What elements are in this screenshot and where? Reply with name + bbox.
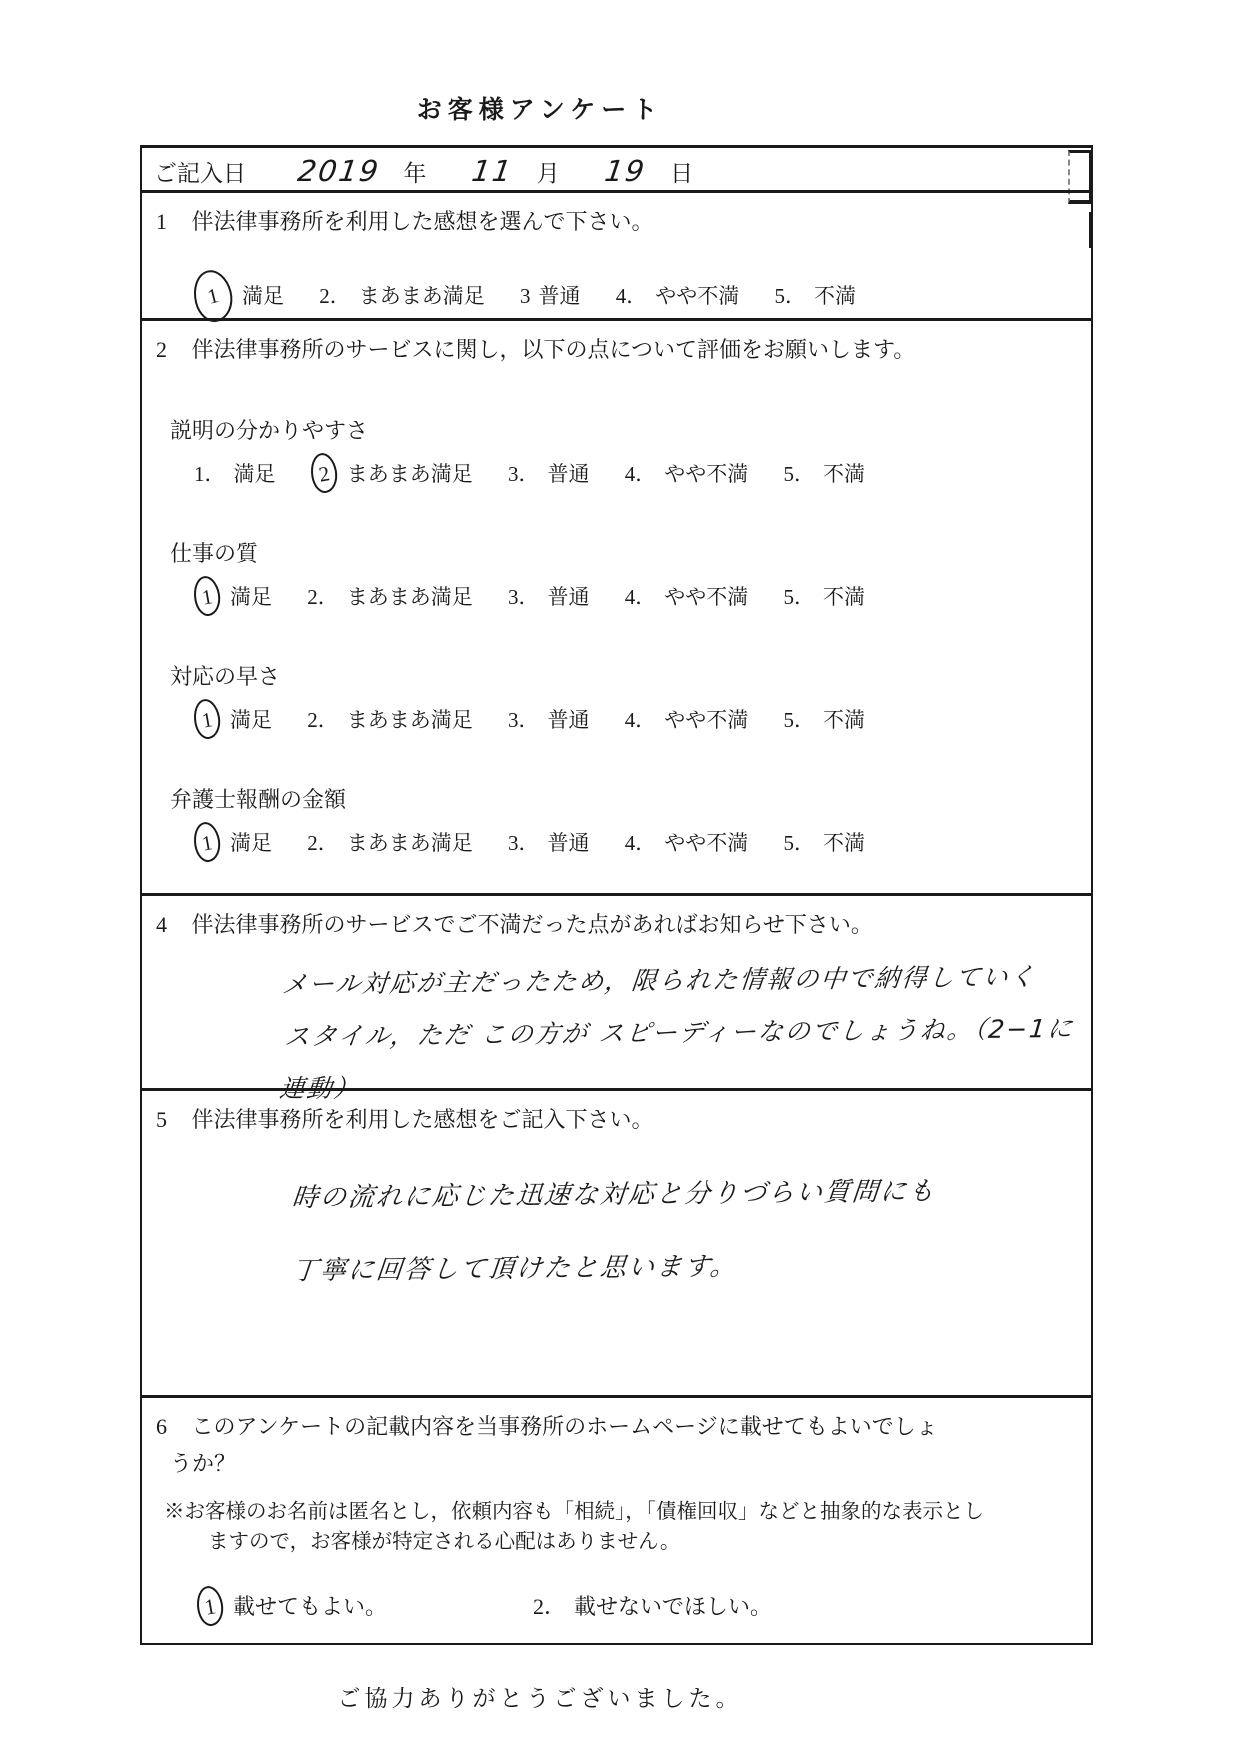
- q2-question: 伴法律事務所のサービスに関し，以下の点について評価をお願いします。: [192, 337, 916, 362]
- section-q6: 6 このアンケートの記載内容を当事務所のホームページに載せてもよいでしょ うか？…: [142, 1398, 1091, 1643]
- q2-item-1-option-2-selected: 2まあまあ満足: [311, 453, 473, 493]
- selection-circle: 1: [191, 820, 224, 864]
- q1-option-5: 5．不満: [775, 280, 857, 310]
- q2-item-3-option-4: 4．やや不満: [625, 704, 749, 734]
- section-q1: 1 伴法律事務所を利用した感想を選んで下さい。 1満足 2．まあまあ満足 3普通…: [142, 193, 1091, 321]
- q2-item-2-option-1-selected: 1満足: [194, 576, 272, 616]
- selection-circle: 2: [307, 451, 340, 495]
- q2-item-4-option-2: 2．まあまあ満足: [307, 827, 473, 857]
- q2-item-1-option-4: 4．やや不満: [625, 458, 749, 488]
- q1-number: 1: [156, 209, 186, 235]
- date-month-value: 11: [470, 154, 516, 188]
- date-year-unit: 年: [403, 161, 426, 186]
- q6-note: ※お客様のお名前は匿名とし，依頼内容も「相続」，「債権回収」などと抽象的な表示と…: [142, 1478, 1091, 1554]
- date-month-unit: 月: [537, 161, 560, 186]
- selection-circle: 1: [188, 266, 237, 326]
- selection-circle: 1: [191, 574, 224, 618]
- q2-item-1-option-3: 3．普通: [508, 458, 590, 488]
- section-q4: 4 伴法律事務所のサービスでご不満だった点があればお知らせ下さい。 メール対応が…: [142, 896, 1091, 1091]
- q2-item-2-options: 1満足 2．まあまあ満足 3．普通 4．やや不満 5．不満: [142, 576, 1091, 616]
- q2-item-3-option-5: 5．不満: [784, 704, 866, 734]
- q6-question-line-1: このアンケートの記載内容を当事務所のホームページに載せてもよいでしょ: [192, 1414, 938, 1439]
- q2-item-2-label: 仕事の質: [142, 537, 1091, 568]
- q2-item-4-option-4: 4．やや不満: [625, 827, 749, 857]
- q2-item-4-label: 弁護士報酬の金額: [142, 783, 1091, 814]
- q6-number: 6: [156, 1414, 186, 1440]
- page-title: お客様アンケート: [0, 90, 1080, 126]
- q2-item-4-options: 1満足 2．まあまあ満足 3．普通 4．やや不満 5．不満: [142, 822, 1091, 862]
- q6-note-line-2: ますので，お客様が特定される心配はありません。: [164, 1524, 1083, 1554]
- q6-options: 1載せてもよい。 2．載せないでほしい。: [142, 1586, 1091, 1626]
- q5-handwritten-answer: 時の流れに応じた迅速な対応と分りづらい質問にも 丁寧に回答して頂けたと思います。: [142, 1158, 1091, 1306]
- q2-item-4-option-1-selected: 1満足: [194, 822, 272, 862]
- q1-option-2: 2．まあまあ満足: [319, 280, 485, 310]
- q2-item-1-label: 説明の分かりやすさ: [142, 414, 1091, 445]
- q2-item-3-option-3: 3．普通: [508, 704, 590, 734]
- q2-item-4-option-5: 5．不満: [784, 827, 866, 857]
- q2-item-3-option-2: 2．まあまあ満足: [307, 704, 473, 734]
- section-q5: 5 伴法律事務所を利用した感想をご記入下さい。 時の流れに応じた迅速な対応と分り…: [142, 1091, 1091, 1398]
- q4-handwritten-answer: メール対応が主だったため，限られた情報の中で納得していく スタイル，ただ この方…: [142, 955, 1091, 1111]
- date-day-unit: 日: [670, 161, 693, 186]
- q5-answer-line-2: 丁寧に回答して頂けたと思います。: [289, 1230, 742, 1309]
- date-year-value: 2019: [295, 154, 382, 188]
- q2-item-1-option-5: 5．不満: [784, 458, 866, 488]
- q1-option-1-selected: 1満足: [194, 270, 284, 322]
- q2-item-2-option-3: 3．普通: [508, 581, 590, 611]
- q2-item-4-option-3: 3．普通: [508, 827, 590, 857]
- q2-item-3-option-1-selected: 1満足: [194, 699, 272, 739]
- section-q2: 2 伴法律事務所のサービスに関し，以下の点について評価をお願いします。 説明の分…: [142, 321, 1091, 896]
- selection-circle: 1: [194, 1584, 227, 1628]
- survey-table: ご記入日 2019 年 11 月 19 日 1 伴法律事務所を利用した感想を選ん…: [140, 145, 1093, 1645]
- q5-answer-line-1: 時の流れに応じた迅速な対応と分りづらい質問にも: [289, 1155, 940, 1236]
- q2-item-3-label: 対応の早さ: [142, 660, 1091, 691]
- q2-item-3-options: 1満足 2．まあまあ満足 3．普通 4．やや不満 5．不満: [142, 699, 1091, 739]
- q1-option-4: 4．やや不満: [616, 280, 740, 310]
- scanned-survey-page: お客様アンケート ご記入日 2019 年 11 月 19 日 1 伴法律事務所を…: [0, 0, 1241, 1755]
- date-label: ご記入日: [154, 161, 246, 186]
- q2-item-2-option-5: 5．不満: [784, 581, 866, 611]
- q2-item-1-option-1: 1．満足: [194, 458, 276, 488]
- q6-question-line-2: うか？: [142, 1441, 1091, 1478]
- q1-question: 伴法律事務所を利用した感想を選んで下さい。: [192, 209, 654, 234]
- q6-note-line-1: ※お客様のお名前は匿名とし，依頼内容も「相続」，「債権回収」などと抽象的な表示と…: [164, 1494, 1083, 1524]
- q2-number: 2: [156, 337, 186, 363]
- q5-number: 5: [156, 1107, 186, 1133]
- q2-item-1-options: 1．満足 2まあまあ満足 3．普通 4．やや不満 5．不満: [142, 453, 1091, 493]
- q1-option-3: 3普通: [520, 280, 581, 310]
- q5-question: 伴法律事務所を利用した感想をご記入下さい。: [192, 1107, 654, 1132]
- q6-option-1-selected: 1載せてもよい。: [197, 1586, 387, 1626]
- q6-option-2: 2．載せないでほしい。: [533, 1590, 772, 1621]
- date-row: ご記入日 2019 年 11 月 19 日: [142, 148, 1091, 193]
- q4-question: 伴法律事務所のサービスでご不満だった点があればお知らせ下さい。: [192, 912, 873, 937]
- date-day-value: 19: [603, 154, 649, 188]
- q2-item-2-option-4: 4．やや不満: [625, 581, 749, 611]
- footer-thanks: ご協力ありがとうございました。: [0, 1680, 1080, 1713]
- q4-answer-line-1: メール対応が主だったため，限られた情報の中で納得していく: [280, 951, 1039, 1011]
- q1-options: 1満足 2．まあまあ満足 3普通 4．やや不満 5．不満: [142, 270, 1091, 322]
- q2-item-2-option-2: 2．まあまあ満足: [307, 581, 473, 611]
- q4-number: 4: [156, 912, 186, 938]
- selection-circle: 1: [191, 697, 224, 741]
